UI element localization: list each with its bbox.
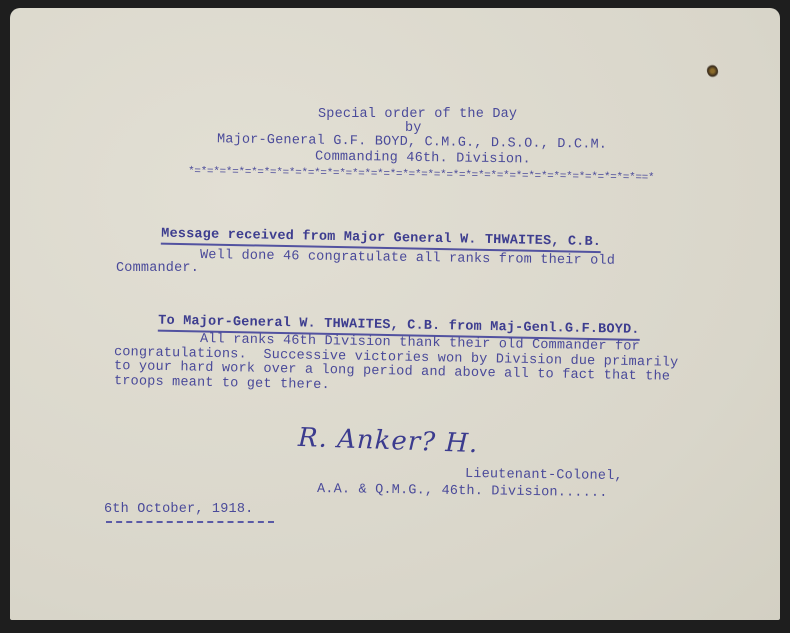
- date-underline: [106, 521, 274, 523]
- message-2-line-4: troops meant to get there.: [114, 374, 330, 393]
- handwritten-signature: R. Anker? H.: [298, 423, 479, 459]
- title-line-4: Commanding 46th. Division.: [315, 149, 531, 167]
- document-page: Special order of the Day by Major-Genera…: [10, 8, 780, 620]
- title-line-1: Special order of the Day: [318, 107, 517, 122]
- document-date: 6th October, 1918.: [104, 502, 253, 517]
- ornamental-divider: *=*=*=*=*=*=*=*=*=*=*=*=*=*=*=*=*=*=*=*=…: [188, 165, 654, 187]
- signatory-rank: Lieutenant-Colonel,: [465, 467, 623, 484]
- message-1-line-2: Commander.: [116, 261, 199, 276]
- title-line-3: Major-General G.F. BOYD, C.M.G., D.S.O.,…: [217, 132, 607, 152]
- ink-stain: [705, 63, 720, 80]
- title-line-2: by: [405, 121, 422, 136]
- signatory-post: A.A. & Q.M.G., 46th. Division......: [317, 482, 608, 501]
